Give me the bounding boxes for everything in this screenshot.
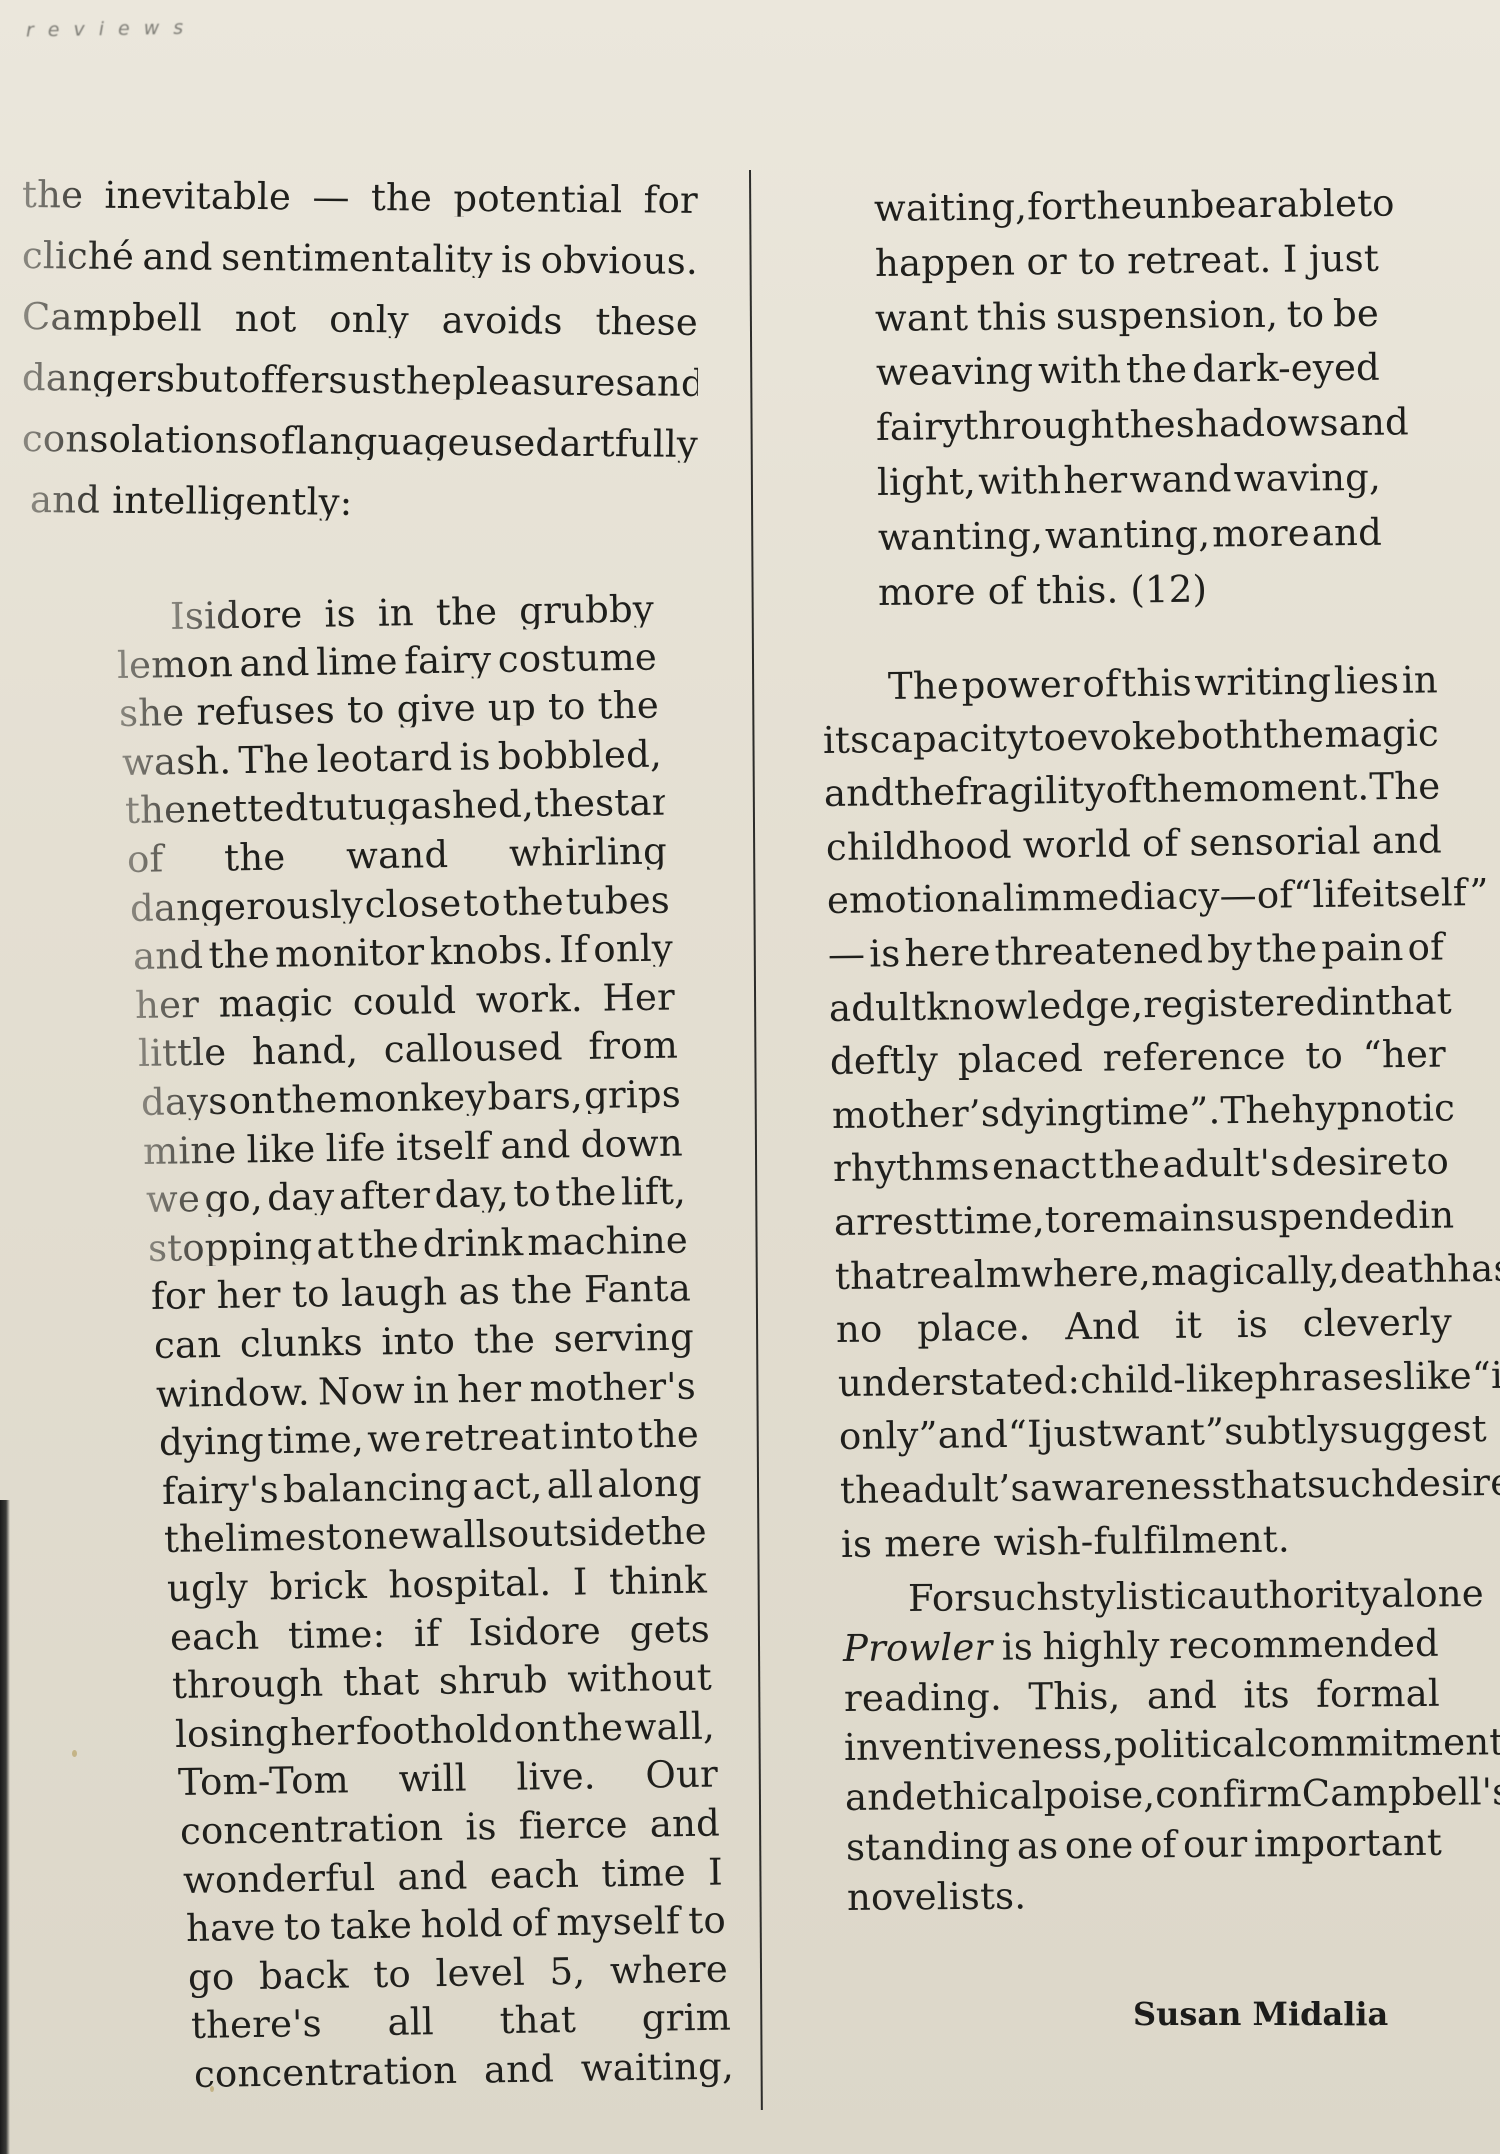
text-line: ofthewandwhirling	[127, 833, 668, 878]
text-line: itscapacitytoevokeboththemagic	[823, 714, 1439, 759]
text-line: sherefusestogiveuptothe	[119, 687, 660, 732]
text-line: daysonthemonkeybars,grips	[140, 1076, 681, 1121]
text-line: light,withherwandwaving,	[877, 459, 1381, 501]
text-line: understated:child-likephraseslike“if	[837, 1357, 1453, 1402]
text-line: inventiveness,politicalcommitment	[844, 1724, 1440, 1766]
text-line: clichéandsentimentalityisobvious.	[22, 237, 698, 280]
text-line: eachtime:ifIsidoregets	[169, 1610, 710, 1655]
text-line: andthefragilityofthemoment.The	[824, 768, 1440, 813]
text-line: rhythmsenacttheadult'sdesireto	[833, 1143, 1449, 1188]
text-line: thenettedtutugashed,thestar	[124, 784, 665, 829]
text-line: hermagiccouldwork.Her	[135, 978, 676, 1023]
text-line: Prowlerishighlyrecommended	[843, 1625, 1439, 1667]
text-line: concentrationandwaiting,	[193, 2048, 734, 2093]
text-line: childhoodworldofsensorialand	[825, 821, 1441, 866]
text-line: dangersbutoffersusthepleasuresand	[22, 359, 698, 402]
text-line: ismerewish-fulfilment.	[841, 1518, 1457, 1563]
text-line: fairythroughtheshadowsand	[876, 404, 1380, 446]
text-line: throughthatshrubwithout	[172, 1659, 713, 1704]
text-line: wego,dayafterday,tothelift,	[146, 1173, 687, 1218]
text-line: wantthissuspension,tobe	[875, 294, 1379, 336]
text-line: concentrationisfierceand	[180, 1805, 721, 1850]
text-line: dyingtime,weretreatintothe	[159, 1416, 700, 1461]
text-line: Isidoreisinthegrubby	[170, 590, 655, 635]
text-line: thatrealmwhere,magically,deathhas	[835, 1250, 1451, 1295]
text-line: uglybrickhospital.Ithink	[167, 1562, 708, 1607]
text-line: only”and“Ijustwant”subtlysuggest	[839, 1411, 1455, 1456]
reviewer-signature: Susan Midalia	[1133, 1995, 1388, 2033]
text-line: reading.This,anditsformal	[843, 1674, 1439, 1716]
text-line: minelikelifeitselfanddown	[143, 1124, 684, 1169]
text-line: stoppingatthedrinkmachine	[148, 1221, 689, 1266]
text-line: moreofthis.(12)	[878, 568, 1382, 610]
text-line: Campbellnotonlyavoidsthese	[22, 298, 698, 341]
text-line: waiting,fortheunbearableto	[874, 185, 1378, 227]
text-line: —isherethreatenedbythepainof	[828, 928, 1444, 973]
paper-speck	[72, 1750, 77, 1757]
text-line: wonderfulandeachtimeI	[183, 1853, 724, 1898]
paper-speck	[210, 2086, 214, 2092]
text-line: lemonandlimefairycostume	[116, 638, 657, 683]
text-line: havetotakeholdofmyselfto	[185, 1902, 726, 1947]
book-title: Prowler	[843, 1628, 993, 1666]
text-line: novelists.	[847, 1874, 1443, 1916]
text-line: consolationsoflanguageusedartfully	[22, 420, 698, 463]
text-line: canclunksintotheserving	[153, 1319, 694, 1364]
text-line: wash.Theleotardisbobbled,	[122, 735, 663, 780]
text-line: emotionalimmediacy—of“lifeitself”	[827, 875, 1443, 920]
page-edge-shadow	[0, 1500, 10, 2154]
text-line: weavingwiththedark-eyed	[876, 349, 1380, 391]
text-line: Tom-Tomwilllive.Our	[177, 1756, 718, 1801]
text-line: Thepowerofthiswritingliesin	[888, 661, 1438, 705]
text-line: deftlyplacedreferenceto“her	[830, 1036, 1446, 1081]
printed-page: reviews theinevitable—thepotentialforcli…	[0, 0, 1500, 2154]
text-line: dangerouslyclosetothetubes	[130, 881, 671, 926]
text-line: losingherfootholdonthewall,	[175, 1707, 716, 1752]
column-divider-rule	[749, 170, 763, 2110]
text-line: andintelligently:	[30, 481, 706, 524]
text-line: mother’sdyingtime”.Thehypnotic	[831, 1089, 1447, 1134]
text-line: standingasoneofourimportant	[846, 1824, 1442, 1866]
running-head: reviews	[26, 17, 198, 42]
text-line: gobacktolevel5,where	[188, 1950, 729, 1995]
text-line: window.Nowinhermother's	[156, 1367, 697, 1412]
text-line: littlehand,callousedfrom	[138, 1027, 679, 1072]
text-line: fairy'sbalancingact,allalong	[161, 1464, 702, 1509]
text-line: theinevitable—thepotentialfor	[22, 176, 698, 219]
text-line: andthemonitorknobs.Ifonly	[132, 930, 673, 975]
text-line: happenortoretreat.Ijust	[874, 240, 1378, 282]
text-line: there'sallthatgrim	[191, 1999, 732, 2044]
text-line: adultknowledge,registeredinthat	[829, 982, 1445, 1027]
text-line: andethicalpoise,confirmCampbell's	[845, 1774, 1441, 1816]
text-line: wanting,wanting,moreand	[877, 514, 1381, 556]
text-line: thelimestonewallsoutsidethe	[164, 1513, 705, 1558]
text-line: arresttime,toremainsuspendedin	[834, 1196, 1450, 1241]
text-line: forhertolaughastheFanta	[151, 1270, 692, 1315]
text-line: noplace.Anditiscleverly	[836, 1304, 1452, 1349]
text-line: theadult’sawarenessthatsuchdesire	[840, 1464, 1456, 1509]
text-line: Forsuchstylisticauthorityalone	[908, 1575, 1438, 1617]
